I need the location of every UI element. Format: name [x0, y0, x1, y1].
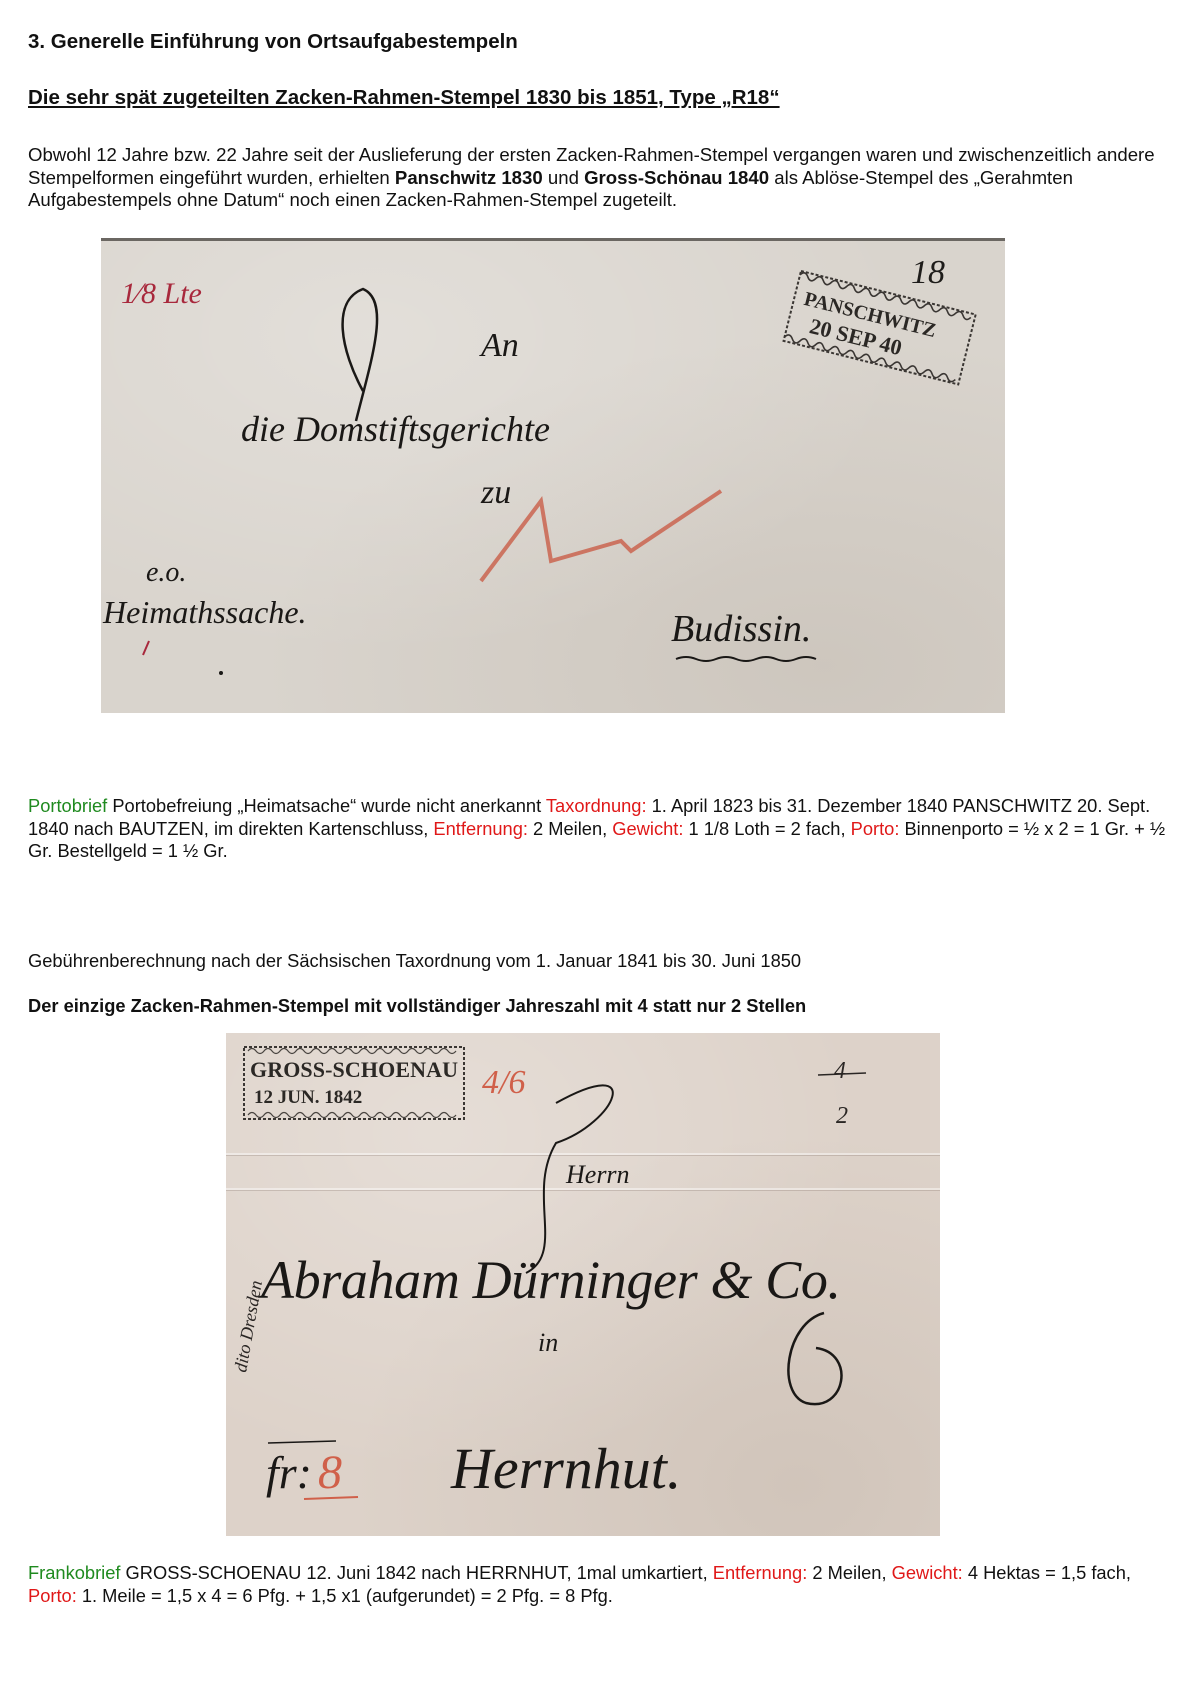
letter-type-label: Frankobrief: [28, 1562, 120, 1583]
stamp-town: GROSS-SCHOENAU: [250, 1057, 458, 1082]
address-line-4: Herrnhut.: [450, 1436, 681, 1501]
unique-stamp-heading: Der einzige Zacken-Rahmen-Stempel mit vo…: [28, 995, 806, 1017]
intro-bold-panschwitz: Panschwitz 1830: [395, 167, 543, 188]
zacken-rahmen-stamp-panschwitz: PANSCHWITZ 20 SEP 40: [784, 271, 976, 384]
intro-bold-gross-schoenau: Gross-Schönau 1840: [584, 167, 769, 188]
zacken-rahmen-stamp-gross-schoenau: GROSS-SCHOENAU 12 JUN. 1842: [244, 1047, 464, 1119]
porto-label: Porto:: [28, 1585, 77, 1606]
rate-mark-1: 4: [834, 1058, 846, 1084]
letter-type-label: Portobrief: [28, 795, 107, 816]
caption-portobrief: Portobrief Portobefreiung „Heimatsache“ …: [28, 795, 1178, 863]
rate-mark: 18: [911, 254, 945, 291]
caption-frankobrief: Frankobrief GROSS-SCHOENAU 12. Juni 1842…: [28, 1562, 1178, 1607]
address-line-2: die Domstiftsgerichte: [241, 409, 550, 449]
porto-label: Porto:: [851, 818, 900, 839]
address-line-1: Herrn: [565, 1160, 630, 1189]
caption-text: 2 Meilen,: [807, 1562, 891, 1583]
address-line-1: An: [479, 327, 519, 364]
taxordnung-label: Taxordnung:: [546, 795, 647, 816]
red-weight-mark: 1⁄8 Lte: [121, 277, 202, 310]
subtitle: Die sehr spät zugeteilten Zacken-Rahmen-…: [28, 86, 780, 110]
letter-image-panschwitz: 1⁄8 Lte 18 PANSCHWITZ 20 SEP 40 An die D…: [101, 238, 1005, 713]
gewicht-label: Gewicht:: [892, 1562, 963, 1583]
address-line-4: Budissin.: [671, 608, 811, 650]
letter-panschwitz-drawing: 1⁄8 Lte 18 PANSCHWITZ 20 SEP 40 An die D…: [101, 241, 1005, 713]
intro-text-2: und: [543, 167, 584, 188]
letter-image-gross-schoenau: GROSS-SCHOENAU 12 JUN. 1842 4/6 4 2 Herr…: [226, 1033, 940, 1536]
caption-text: 4 Hektas = 1,5 fach,: [963, 1562, 1131, 1583]
caption-text: Portobefreiung „Heimatsache“ wurde nicht…: [107, 795, 546, 816]
caption-text: 1 1/8 Loth = 2 fach,: [683, 818, 850, 839]
entfernung-label: Entfernung:: [433, 818, 528, 839]
rate-mark-2: 2: [836, 1103, 848, 1129]
franco-mark: fr:: [266, 1447, 312, 1498]
gewicht-label: Gewicht:: [612, 818, 683, 839]
stamp-date: 12 JUN. 1842: [254, 1087, 362, 1108]
caption-text: 2 Meilen,: [528, 818, 612, 839]
franco-amount-red: 8: [318, 1446, 342, 1499]
red-rate-mark: 4/6: [482, 1064, 525, 1101]
address-line-2: Abraham Dürninger & Co.: [258, 1250, 841, 1310]
sender-note-1: e.o.: [146, 557, 186, 588]
tax-period-line: Gebührenberechnung nach der Sächsischen …: [28, 950, 801, 972]
entfernung-label: Entfernung:: [713, 1562, 808, 1583]
address-line-3: zu: [480, 474, 511, 511]
sender-note-2: Heimathssache.: [102, 594, 307, 630]
address-line-3: in: [538, 1328, 558, 1357]
section-title: 3. Generelle Einführung von Ortsaufgabes…: [28, 30, 518, 54]
side-note: dito Dresden: [230, 1279, 266, 1374]
intro-paragraph: Obwohl 12 Jahre bzw. 22 Jahre seit der A…: [28, 144, 1178, 212]
letter-gross-schoenau-drawing: GROSS-SCHOENAU 12 JUN. 1842 4/6 4 2 Herr…: [226, 1033, 940, 1536]
caption-text: 1. Meile = 1,5 x 4 = 6 Pfg. + 1,5 x1 (au…: [77, 1585, 613, 1606]
caption-text: GROSS-SCHOENAU 12. Juni 1842 nach HERRNH…: [120, 1562, 712, 1583]
